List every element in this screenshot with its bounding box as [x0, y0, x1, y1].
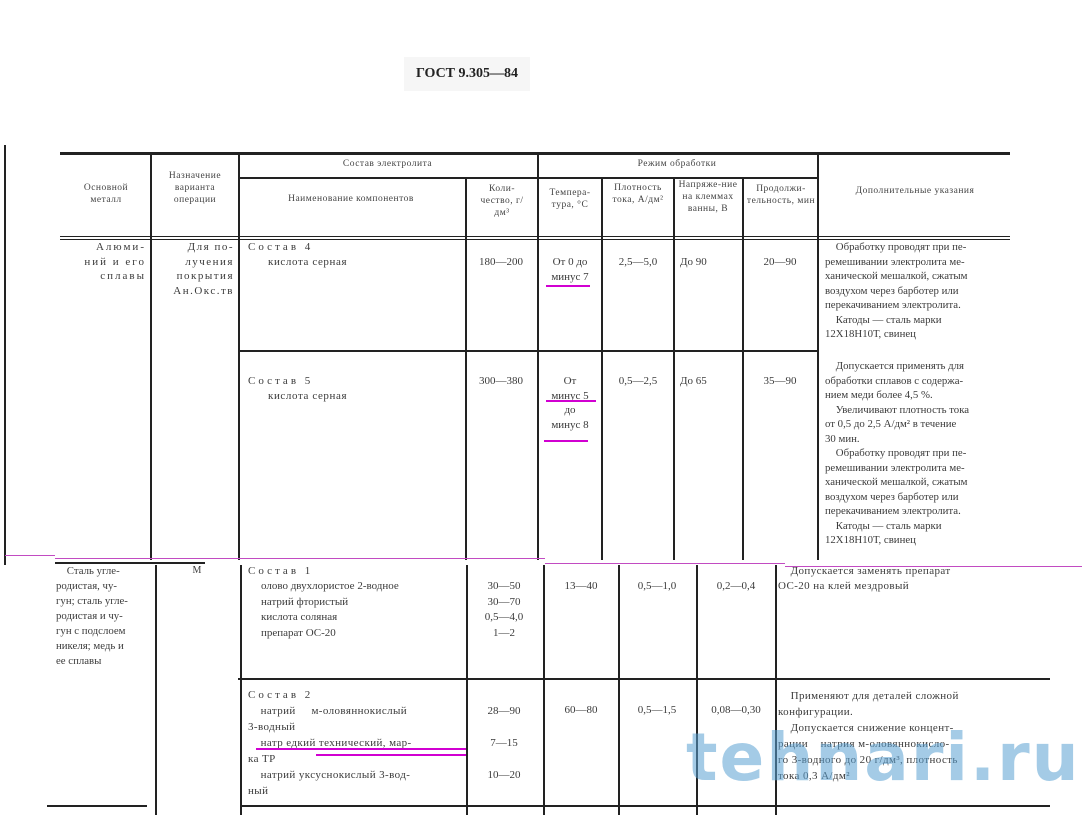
row2-notes: Допускается применять для обработки спла…: [825, 359, 969, 548]
header-temperature: Темпера-тура, °С: [541, 187, 599, 211]
header-voltage: Напряже-ние на клеммах ванны, В: [676, 179, 740, 215]
row1-purpose: Для по- лучения покрытия Ан.Окс.тв: [156, 240, 234, 298]
scan-seam-line: [55, 558, 545, 559]
row2-temperature: От минус 5 до минус 8: [539, 374, 601, 432]
header-electrolyte-group: Состав электролита: [238, 158, 537, 170]
watermark-logo: tehnari.ru: [686, 728, 1081, 788]
row2-quantity: 300—380: [467, 374, 535, 389]
row2-current-density: 0,5—2,5: [603, 374, 673, 389]
row3-quantities: 30—50 30—70 0,5—4,0 1—2: [467, 579, 541, 641]
row2-duration: 35—90: [744, 374, 816, 389]
row1-duration: 20—90: [744, 255, 816, 270]
annotation-underline: [316, 754, 466, 756]
document-title: ГОСТ 9.305—84: [404, 57, 530, 91]
row2-composition-title: Состав 5: [248, 374, 313, 389]
header-purpose: Назначение варианта операции: [158, 170, 232, 206]
scan-seam-line: [545, 563, 785, 564]
row1-component: кислота серная: [268, 255, 347, 270]
row1-metal: Алюми- ний и его сплавы: [62, 240, 146, 284]
header-components: Наименование компонентов: [240, 193, 462, 205]
row3-metal: Сталь угле- родистая, чу- гун; сталь угл…: [56, 564, 128, 669]
row4-composition-title: Состав 2: [248, 688, 313, 703]
row1-quantity: 180—200: [467, 255, 535, 270]
header-notes: Дополнительные указания: [820, 185, 1010, 197]
row3-composition-title: Состав 1: [248, 564, 313, 579]
row2-component: кислота серная: [268, 389, 347, 404]
header-metal: Основной металл: [70, 182, 142, 206]
row3-notes: Допускается заменять препарат ОС-20 на к…: [778, 564, 951, 593]
row4-components: натрий м-оловяннокислый 3-водный натр ед…: [248, 703, 412, 799]
scan-seam-line: [5, 555, 55, 556]
row2-voltage: До 65: [680, 374, 707, 389]
annotation-underline: [546, 400, 596, 402]
row3-temperature: 13—40: [545, 579, 617, 594]
row3-voltage: 0,2—0,4: [698, 579, 774, 594]
header-quantity: Коли-чество, г/дм³: [476, 183, 528, 219]
row4-quantities: 28—90 7—15 10—20: [467, 703, 541, 783]
row1-voltage: До 90: [680, 255, 707, 270]
table-bottom-border: [47, 805, 147, 807]
annotation-underline: [256, 748, 466, 750]
row4-current-density: 0,5—1,5: [620, 703, 694, 718]
annotation-underline: [544, 440, 588, 442]
row4-voltage: 0,08—0,30: [698, 703, 774, 718]
header-mode-group: Режим обработки: [537, 158, 817, 170]
table-top-border: [60, 152, 1010, 155]
row3-purpose: М: [157, 564, 237, 579]
row3-current-density: 0,5—1,0: [620, 579, 694, 594]
row1-notes: Обработку проводят при пе- ремешивании э…: [825, 240, 968, 342]
row1-temperature: От 0 до минус 7: [539, 255, 601, 284]
row1-current-density: 2,5—5,0: [603, 255, 673, 270]
row1-composition-title: Состав 4: [248, 240, 313, 255]
margin-line: [4, 145, 6, 565]
header-duration: Продолжи-тельность, мин: [746, 183, 816, 207]
row4-temperature: 60—80: [545, 703, 617, 718]
row3-components: олово двухлористое 2-водное натрий фтори…: [250, 579, 399, 641]
annotation-underline: [546, 285, 590, 287]
header-current-density: Плотность тока, А/дм²: [604, 182, 672, 206]
